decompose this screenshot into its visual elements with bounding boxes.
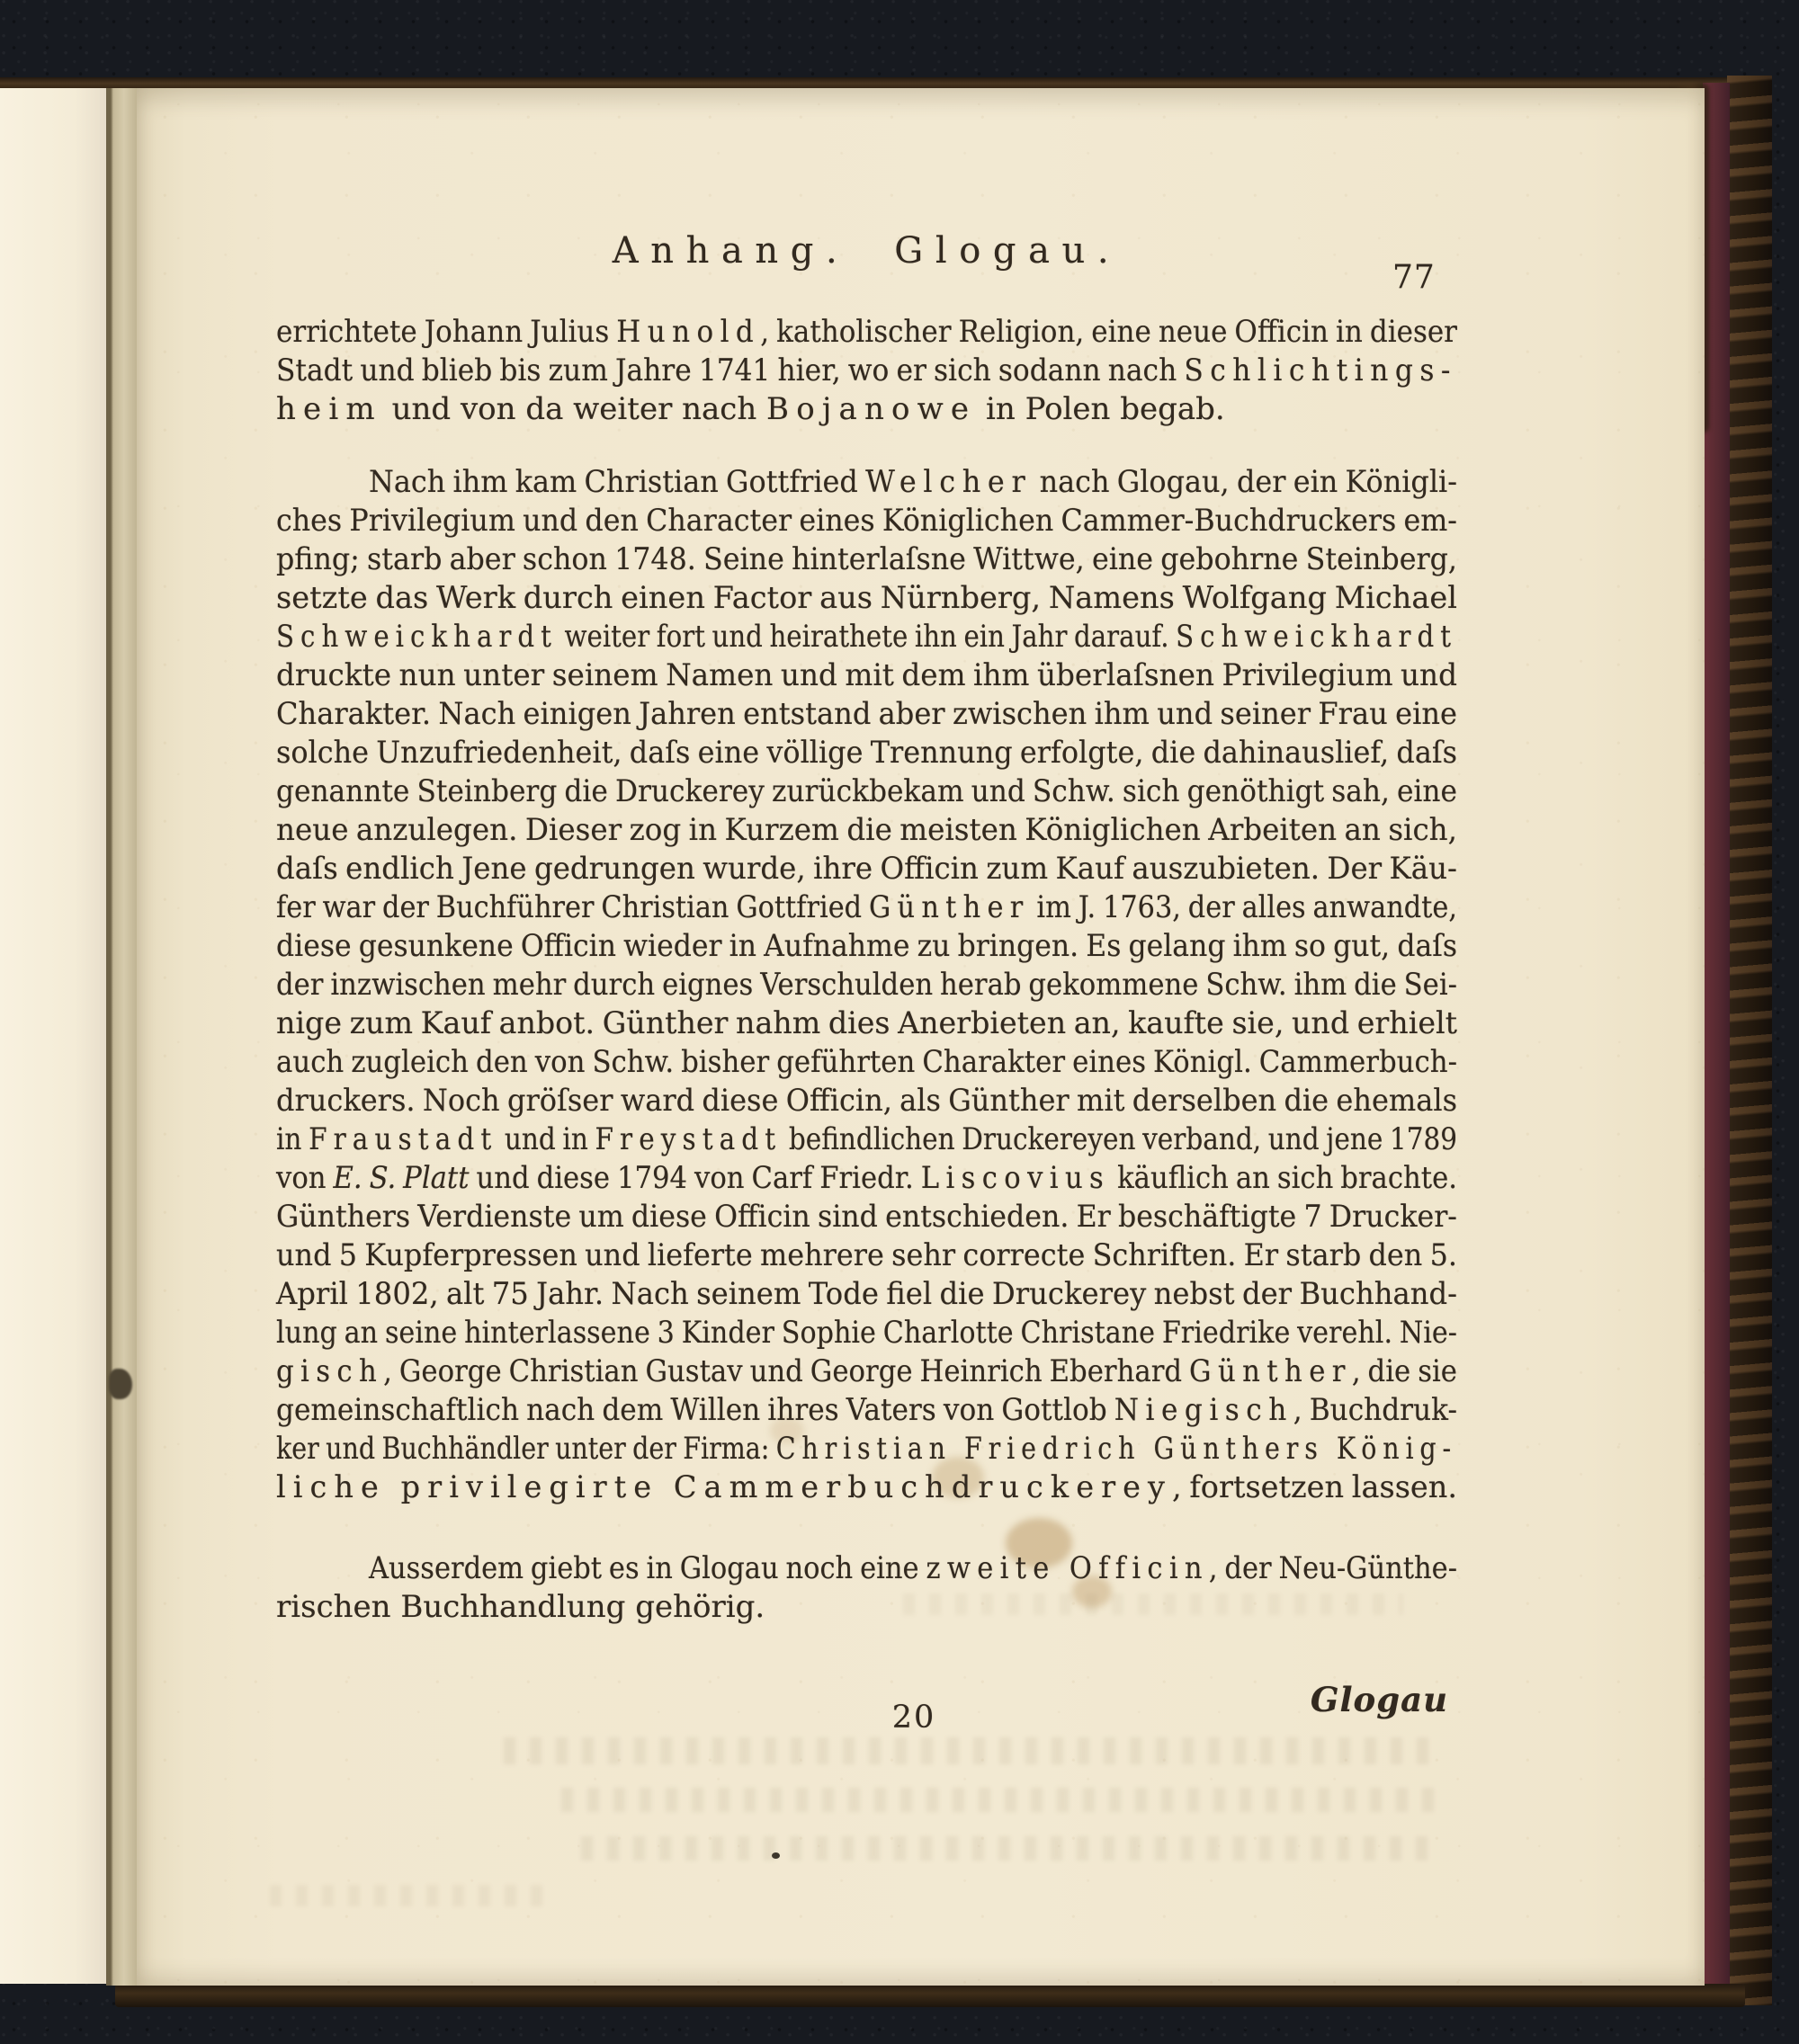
- text-line: liche privilegirte Cammerbuchdruckerey, …: [276, 1468, 1457, 1507]
- previous-page-edge: [0, 88, 106, 1984]
- page-number: 77: [1392, 259, 1473, 296]
- text-line: und 5 Kupferpressen und lieferte mehrere…: [276, 1236, 1457, 1275]
- showthrough-text-band: [270, 1885, 549, 1906]
- text-line: April 1802, alt 75 Jahr. Nach seinem Tod…: [276, 1275, 1457, 1314]
- text-line: fer war der Buchführer Christian Gottfri…: [276, 888, 1457, 927]
- paragraph-3: Ausserdem giebt es in Glogau noch eine z…: [276, 1549, 1457, 1627]
- gutter-notch: [109, 1369, 132, 1399]
- running-head: Anhang.Glogau.: [276, 230, 1457, 272]
- showthrough-text-band: [504, 1737, 1439, 1764]
- page-gutter: [106, 88, 139, 1986]
- text-line: errichtete Johann Julius Hunold, katholi…: [276, 313, 1457, 352]
- text-line: solche Unzufriedenheit, daſs eine völlig…: [276, 734, 1457, 772]
- text-line: Schweickhardt weiter fort und heirathete…: [276, 618, 1457, 656]
- text-line: Stadt und blieb bis zum Jahre 1741 hier,…: [276, 352, 1457, 390]
- text-line: setzte das Werk durch einen Factor aus N…: [276, 579, 1457, 618]
- text-line: diese gesunkene Officin wieder in Aufnah…: [276, 927, 1457, 966]
- cover-edge-right: [1727, 76, 1772, 2005]
- paragraph-1: errichtete Johann Julius Hunold, katholi…: [276, 313, 1457, 429]
- running-head-place: Glogau.: [894, 230, 1121, 272]
- catchword: Glogau: [1286, 1680, 1448, 1719]
- paragraph-2: Nach ihm kam Christian Gottfried Welcher…: [276, 463, 1457, 1507]
- text-line: gemeinschaftlich nach dem Willen ihres V…: [276, 1391, 1457, 1430]
- text-line: der inzwischen mehr durch eignes Verschu…: [276, 966, 1457, 1004]
- text-line: ches Privilegium und den Character eines…: [276, 502, 1457, 540]
- running-head-section: Anhang.: [613, 230, 850, 272]
- text-line: auch zugleich den von Schw. bisher gefüh…: [276, 1043, 1457, 1082]
- showthrough-text-band: [581, 1836, 1436, 1861]
- text-line: genannte Steinberg die Druckerey zurückb…: [276, 772, 1457, 811]
- text-line: ker und Buchhändler unter der Firma: Chr…: [276, 1430, 1457, 1468]
- text-line: daſs endlich Jene gedrungen wurde, ihre …: [276, 850, 1457, 888]
- text-line: rischen Buchhandlung gehörig.: [276, 1588, 1457, 1627]
- text-line: heim und von da weiter nach Bojanowe in …: [276, 390, 1457, 429]
- cover-edge-bottom: [115, 1984, 1745, 2007]
- text-line: in Fraustadt und in Freystadt befindlich…: [276, 1120, 1457, 1159]
- text-line: pfing; starb aber schon 1748. Seine hint…: [276, 540, 1457, 579]
- text-line: nige zum Kauf anbot. Günther nahm dies A…: [276, 1004, 1457, 1043]
- text-line: neue anzulegen. Dieser zog in Kurzem die…: [276, 811, 1457, 850]
- text-line: von E. S. Platt und diese 1794 von Carf …: [276, 1159, 1457, 1198]
- text-line: druckte nun unter seinem Namen und mit d…: [276, 656, 1457, 695]
- text-line: gisch, George Christian Gustav und Georg…: [276, 1352, 1457, 1391]
- body-text: errichtete Johann Julius Hunold, katholi…: [276, 313, 1457, 1627]
- text-line: Charakter. Nach einigen Jahren entstand …: [276, 695, 1457, 734]
- showthrough-text-band: [561, 1788, 1439, 1812]
- text-line: Günthers Verdienste um diese Officin sin…: [276, 1198, 1457, 1236]
- text-line: druckers. Noch gröſser ward diese Offici…: [276, 1082, 1457, 1120]
- text-line: Ausserdem giebt es in Glogau noch eine z…: [276, 1549, 1457, 1588]
- signature-mark: 20: [860, 1700, 968, 1736]
- text-line: Nach ihm kam Christian Gottfried Welcher…: [276, 463, 1457, 502]
- text-line: lung an seine hinterlassene 3 Kinder Sop…: [276, 1314, 1457, 1352]
